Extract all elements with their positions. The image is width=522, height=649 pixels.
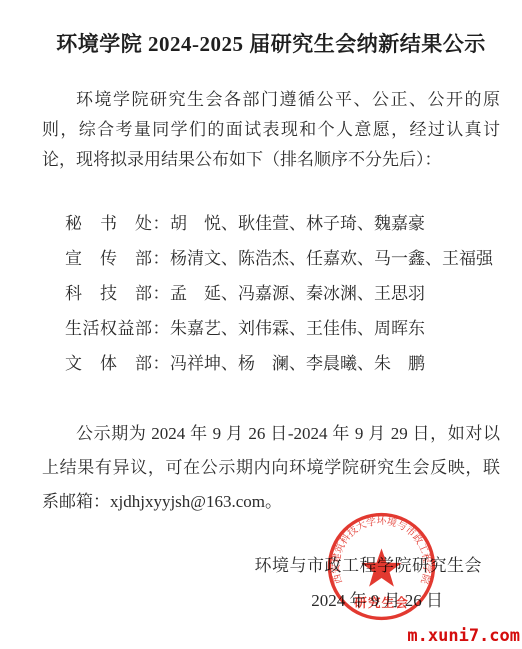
department-name: 宣 传 部： bbox=[65, 249, 170, 268]
watermark: m.xuni7.com bbox=[407, 626, 520, 646]
department-members: 杨清文、陈浩杰、任嘉欢、马一鑫、王福强 bbox=[170, 249, 493, 268]
department-list: 秘 书 处：胡 悦、耿佳萱、林子琦、魏嘉豪 宣 传 部：杨清文、陈浩杰、任嘉欢、… bbox=[42, 206, 500, 381]
department-row-technology: 科 技 部：孟 延、冯嘉源、秦冰渊、王思羽 bbox=[65, 276, 500, 311]
department-name: 秘 书 处： bbox=[65, 214, 170, 233]
department-row-publicity: 宣 传 部：杨清文、陈浩杰、任嘉欢、马一鑫、王福强 bbox=[65, 241, 500, 276]
seal-bottom-text: 研究生会 bbox=[354, 595, 408, 610]
department-name: 科 技 部： bbox=[65, 284, 170, 303]
department-members: 冯祥坤、杨 澜、李晨曦、朱 鹏 bbox=[170, 354, 425, 373]
department-name: 生活权益部： bbox=[65, 319, 170, 338]
department-members: 朱嘉艺、刘伟霖、王佳伟、周晖东 bbox=[170, 319, 425, 338]
department-row-welfare: 生活权益部：朱嘉艺、刘伟霖、王佳伟、周晖东 bbox=[65, 311, 500, 346]
notice-paragraph: 公示期为 2024 年 9 月 26 日-2024 年 9 月 29 日，如对以… bbox=[42, 417, 500, 519]
announcement-document: 环境学院 2024-2025 届研究生会纳新结果公示 环境学院研究生会各部门遵循… bbox=[0, 0, 522, 649]
document-body: 环境学院研究生会各部门遵循公平、公正、公开的原则，综合考量同学们的面试表现和个人… bbox=[42, 85, 500, 519]
official-seal: 西安建筑科技大学环境与市政工程学院 研究生会 bbox=[326, 511, 437, 622]
department-row-secretariat: 秘 书 处：胡 悦、耿佳萱、林子琦、魏嘉豪 bbox=[65, 206, 500, 241]
document-title: 环境学院 2024-2025 届研究生会纳新结果公示 bbox=[42, 28, 500, 58]
star-icon bbox=[361, 548, 401, 586]
department-members: 胡 悦、耿佳萱、林子琦、魏嘉豪 bbox=[170, 214, 425, 233]
department-name: 文 体 部： bbox=[65, 354, 170, 373]
department-row-culture-sports: 文 体 部：冯祥坤、杨 澜、李晨曦、朱 鹏 bbox=[65, 346, 500, 381]
intro-paragraph: 环境学院研究生会各部门遵循公平、公正、公开的原则，综合考量同学们的面试表现和个人… bbox=[42, 85, 500, 175]
department-members: 孟 延、冯嘉源、秦冰渊、王思羽 bbox=[170, 284, 425, 303]
